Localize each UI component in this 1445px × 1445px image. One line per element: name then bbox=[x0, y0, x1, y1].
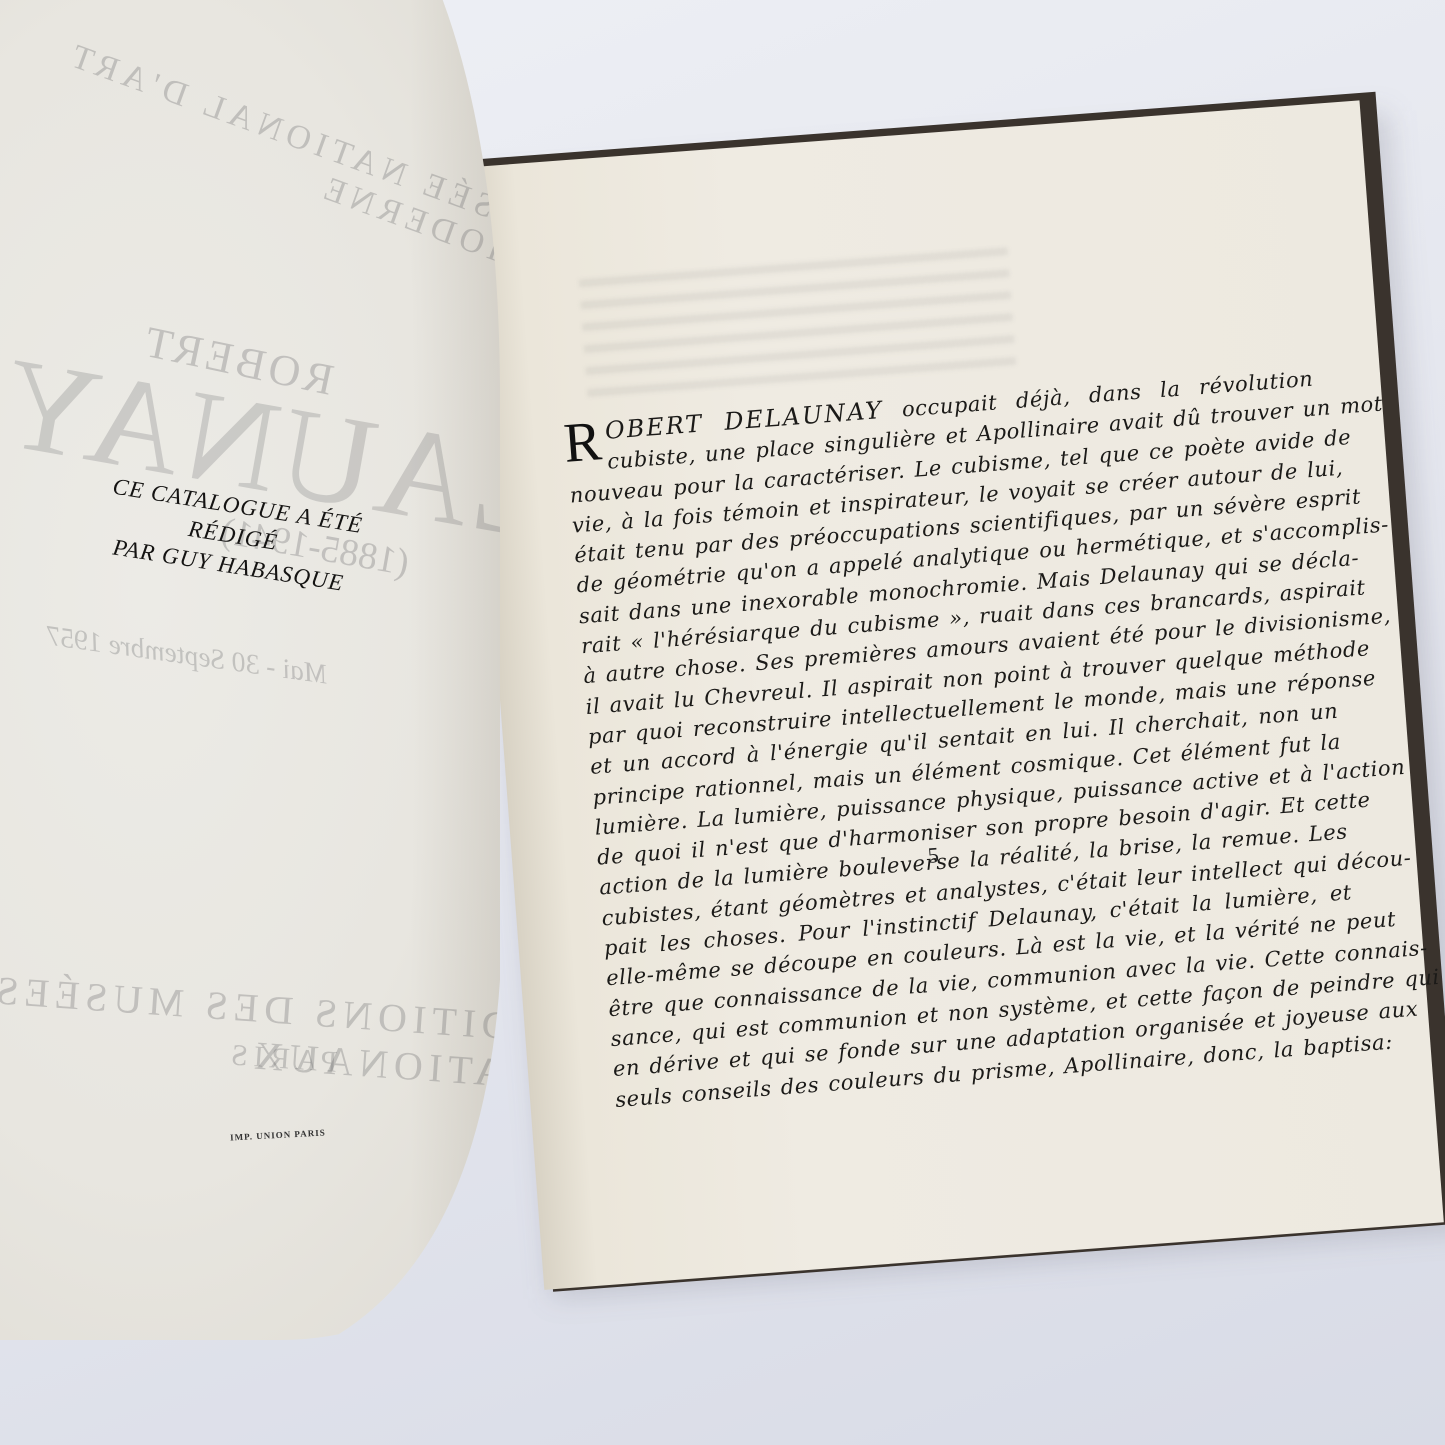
right-page: R OBERT DELAUNAY occupait déjà, dans la … bbox=[460, 100, 1444, 1289]
show-through-dates: Mai - 30 Septembre 1957 bbox=[44, 620, 329, 691]
photo-scene: R OBERT DELAUNAY occupait déjà, dans la … bbox=[0, 0, 1445, 1445]
essay-body: R OBERT DELAUNAY occupait déjà, dans la … bbox=[564, 363, 1364, 1115]
show-through-text bbox=[579, 247, 1018, 409]
drop-cap: R bbox=[562, 418, 603, 467]
page-number: 5 bbox=[927, 842, 940, 869]
left-page: …SÉE NATIONAL D'ART MODERNE ROBERT DELAU… bbox=[0, 0, 540, 1340]
printer-imprint: IMP. UNION PARIS bbox=[230, 1128, 326, 1143]
